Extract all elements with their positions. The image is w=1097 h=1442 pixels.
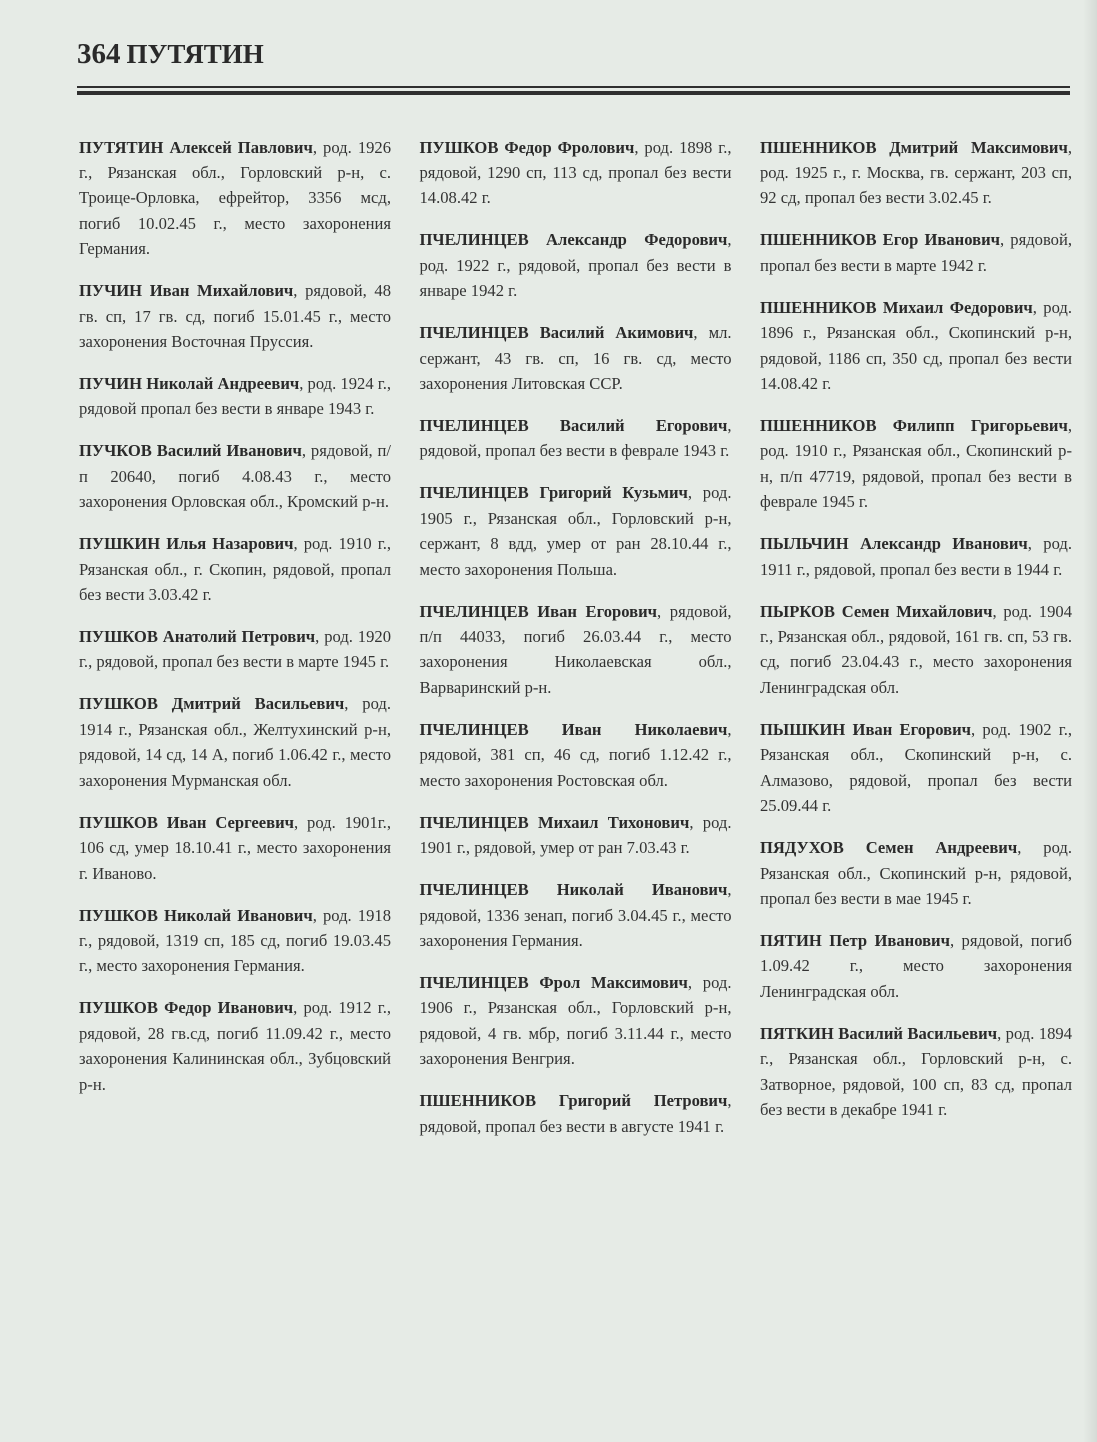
entry: ПЧЕЛИНЦЕВ Иван Николаевич, рядовой, 381 … (420, 717, 732, 793)
entry-surname: ПЯТИН (760, 931, 822, 950)
entry-given-name: Николай Иванович (164, 906, 313, 925)
entry: ПУШКОВ Николай Иванович, род. 1918 г., р… (79, 903, 391, 979)
entry-surname: ПЧЕЛИНЦЕВ (420, 230, 529, 249)
entry: ПЧЕЛИНЦЕВ Михаил Тихонович, род. 1901 г.… (420, 810, 732, 861)
entry: ПШЕННИКОВ Григорий Петрович, рядовой, пр… (420, 1088, 732, 1139)
entry-given-name: Иван Николаевич (562, 720, 728, 739)
entry-given-name: Егор Иванович (883, 230, 1000, 249)
entry-given-name: Иван Егорович (853, 720, 971, 739)
entry-given-name: Александр Федорович (546, 230, 727, 249)
entry: ПЧЕЛИНЦЕВ Василий Акимович, мл. сержант,… (420, 320, 732, 396)
entry-surname: ПУШКОВ (79, 813, 158, 832)
entry: ПШЕННИКОВ Михаил Федорович, род. 1896 г.… (760, 295, 1072, 397)
entry-given-name: Михаил Федорович (883, 298, 1033, 317)
entry: ПЯДУХОВ Семен Андреевич, род. Рязанская … (760, 835, 1072, 911)
entry-given-name: Семен Андреевич (866, 838, 1017, 857)
entry-surname: ПЫЛЬЧИН (760, 534, 849, 553)
entry-given-name: Василий Иванович (157, 441, 302, 460)
entry-surname: ПШЕННИКОВ (760, 138, 877, 157)
entry-given-name: Илья Назарович (166, 534, 293, 553)
entry-surname: ПУЧИН (79, 281, 142, 300)
entry: ПЫЛЬЧИН Александр Иванович, род. 1911 г.… (760, 531, 1072, 582)
page-number: 364 (77, 38, 121, 70)
entry-given-name: Алексей Павлович (169, 138, 312, 157)
entry-surname: ПЧЕЛИНЦЕВ (420, 973, 529, 992)
entry-given-name: Филипп Григорьевич (893, 416, 1068, 435)
entry: ПЧЕЛИНЦЕВ Фрол Максимович, род. 1906 г.,… (420, 970, 732, 1072)
entry: ПШЕННИКОВ Егор Иванович, рядовой, пропал… (760, 227, 1072, 278)
entry-surname: ПУШКОВ (79, 627, 158, 646)
entry: ПЧЕЛИНЦЕВ Николай Иванович, рядовой, 133… (420, 877, 732, 953)
entry-given-name: Дмитрий Васильевич (172, 694, 344, 713)
entry: ПУШКОВ Дмитрий Васильевич, род. 1914 г.,… (79, 691, 391, 793)
entry-given-name: Григорий Кузьмич (539, 483, 687, 502)
entry-given-name: Николай Иванович (557, 880, 728, 899)
entry: ПЫШКИН Иван Егорович, род. 1902 г., Ряза… (760, 717, 1072, 819)
entry-surname: ПЧЕЛИНЦЕВ (420, 483, 529, 502)
entry-surname: ПУШКОВ (420, 138, 499, 157)
entry-surname: ПЧЕЛИНЦЕВ (420, 602, 529, 621)
entry-given-name: Дмитрий Максимович (889, 138, 1068, 157)
entry-surname: ПШЕННИКОВ (420, 1091, 537, 1110)
entry-given-name: Семен Михайлович (842, 602, 993, 621)
entry-given-name: Фрол Максимович (539, 973, 688, 992)
header-rule-thin (77, 86, 1070, 88)
entry-surname: ПЯДУХОВ (760, 838, 844, 857)
entry-given-name: Федор Фролович (504, 138, 634, 157)
entry: ПЧЕЛИНЦЕВ Александр Федорович, род. 1922… (420, 227, 732, 303)
entry-surname: ПУТЯТИН (79, 138, 163, 157)
entry-surname: ПШЕННИКОВ (760, 298, 877, 317)
entry-given-name: Николай Андреевич (146, 374, 299, 393)
entry-surname: ПШЕННИКОВ (760, 230, 877, 249)
column-middle: ПУШКОВ Федор Фролович, род. 1898 г., ряд… (420, 118, 732, 1147)
entry-surname: ПУШКОВ (79, 694, 158, 713)
running-title: ПУТЯТИН (127, 39, 264, 69)
entry-surname: ПЧЕЛИНЦЕВ (420, 416, 529, 435)
entry-given-name: Василий Акимович (540, 323, 694, 342)
entry-given-name: Иван Сергеевич (167, 813, 294, 832)
entry: ПУЧИН Иван Михайлович, рядовой, 48 гв. с… (79, 278, 391, 354)
entry: ПУШКОВ Федор Иванович, род. 1912 г., ряд… (79, 995, 391, 1097)
entry: ПЫРКОВ Семен Михайлович, род. 1904 г., Р… (760, 599, 1072, 701)
entry-surname: ПУШКОВ (79, 998, 158, 1017)
entry-given-name: Григорий Петрович (559, 1091, 728, 1110)
entry-surname: ПЧЕЛИНЦЕВ (420, 813, 529, 832)
entry: ПЧЕЛИНЦЕВ Иван Егорович, рядовой, п/п 44… (420, 599, 732, 701)
column-right: ПШЕННИКОВ Дмитрий Максимович, род. 1925 … (760, 118, 1072, 1147)
entry: ПУШКОВ Федор Фролович, род. 1898 г., ряд… (420, 135, 732, 211)
entry-given-name: Иван Егорович (537, 602, 657, 621)
entry: ПУЧИН Николай Андреевич, род. 1924 г., р… (79, 371, 391, 422)
entry: ПУЧКОВ Василий Иванович, рядовой, п/п 20… (79, 438, 391, 514)
entry-given-name: Василий Васильевич (838, 1024, 997, 1043)
entry: ПЧЕЛИНЦЕВ Василий Егорович, рядовой, про… (420, 413, 732, 464)
entry: ПШЕННИКОВ Филипп Григорьевич, род. 1910 … (760, 413, 1072, 515)
entry-given-name: Иван Михайлович (150, 281, 294, 300)
entry-surname: ПШЕННИКОВ (760, 416, 877, 435)
entry: ПУТЯТИН Алексей Павлович, род. 1926 г., … (79, 135, 391, 262)
text-columns: ПУТЯТИН Алексей Павлович, род. 1926 г., … (79, 118, 1072, 1147)
entry-given-name: Анатолий Петрович (163, 627, 315, 646)
entry-given-name: Михаил Тихонович (538, 813, 689, 832)
entry: ПЯТКИН Василий Васильевич, род. 1894 г.,… (760, 1021, 1072, 1123)
entry-given-name: Василий Егорович (560, 416, 727, 435)
page-header: 364ПУТЯТИН (77, 38, 264, 71)
entry-surname: ПЧЕЛИНЦЕВ (420, 323, 529, 342)
entry: ПШЕННИКОВ Дмитрий Максимович, род. 1925 … (760, 135, 1072, 211)
entry-given-name: Александр Иванович (860, 534, 1028, 553)
entry: ПЧЕЛИНЦЕВ Григорий Кузьмич, род. 1905 г.… (420, 480, 732, 582)
column-left: ПУТЯТИН Алексей Павлович, род. 1926 г., … (79, 118, 391, 1147)
entry-surname: ПЧЕЛИНЦЕВ (420, 880, 529, 899)
entry-given-name: Петр Иванович (829, 931, 950, 950)
page-edge-shadow (1083, 0, 1097, 1442)
entry: ПУШКИН Илья Назарович, род. 1910 г., Ряз… (79, 531, 391, 607)
entry: ПУШКОВ Иван Сергеевич, род. 1901г., 106 … (79, 810, 391, 886)
entry-surname: ПУЧИН (79, 374, 142, 393)
entry-surname: ПУШКОВ (79, 906, 158, 925)
entry-surname: ПЧЕЛИНЦЕВ (420, 720, 529, 739)
entry-surname: ПУЧКОВ (79, 441, 152, 460)
header-rule-thick (77, 91, 1070, 95)
entry-surname: ПЯТКИН (760, 1024, 834, 1043)
entry-surname: ПУШКИН (79, 534, 160, 553)
entry: ПУШКОВ Анатолий Петрович, род. 1920 г., … (79, 624, 391, 675)
entry: ПЯТИН Петр Иванович, рядовой, погиб 1.09… (760, 928, 1072, 1004)
entry-given-name: Федор Иванович (164, 998, 293, 1017)
entry-surname: ПЫШКИН (760, 720, 845, 739)
entry-surname: ПЫРКОВ (760, 602, 835, 621)
